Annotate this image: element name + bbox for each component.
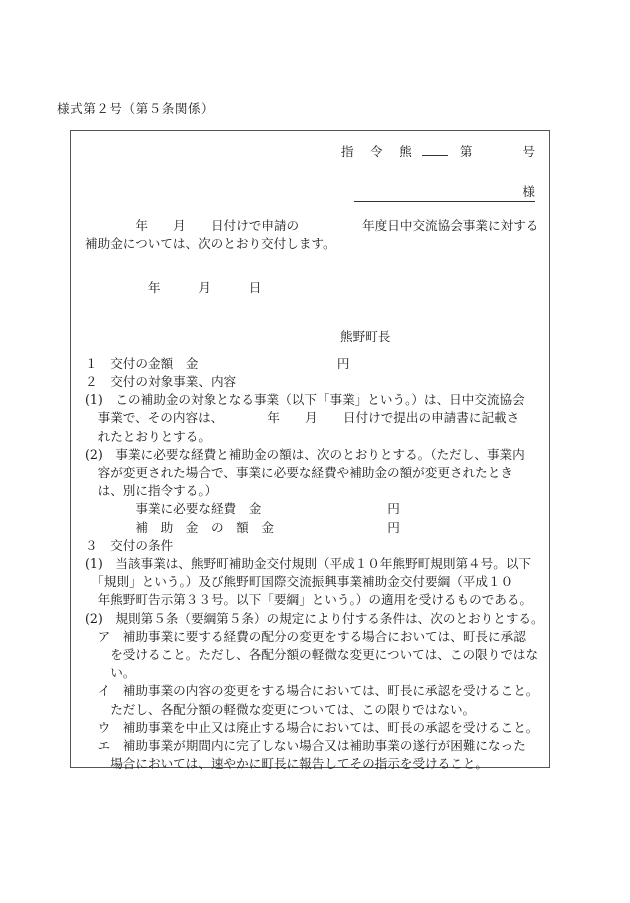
directive-number-line: 指 令 熊 第 号 (85, 143, 535, 161)
directive-prefix-text: 指 令 熊 (341, 143, 414, 161)
intro-line: 補助金については、次のとおり交付します。 (85, 235, 535, 253)
body-line: (2) 規則第５条（要綱第５条）の規定により付する条件は、次のとおりとする。 (85, 610, 535, 628)
body-line: (2) 事業に必要な経費と補助金の額は、次のとおりとする。（ただし、事業内 (85, 446, 535, 464)
intro-paragraph: 年 月 日付けで申請の 年度日中交流協会事業に対する 補助金については、次のとお… (85, 217, 535, 253)
conditions-section-heading: ３ 交付の条件 (85, 537, 535, 555)
body-line: 年熊野町告示第３３号。以下「要綱」という。）の適用を受けるものである。 (85, 591, 535, 609)
addressee-suffix: 様 (522, 185, 535, 199)
body-line: ウ 補助事業を中止又は廃止する場合においては、町長の承認を受けること。 (85, 719, 535, 737)
body-line: 容が変更された場合で、事業に必要な経費や補助金の額が変更されたとき (85, 464, 535, 482)
directive-number-blank (422, 144, 448, 156)
intro-line: 年 月 日付けで申請の 年度日中交流協会事業に対する (85, 217, 535, 235)
body-line: ただし、各配分額の軽微な変更については、この限りではない。 (85, 701, 535, 719)
body-line: イ 補助事業の内容の変更をする場合においては、町長に承認を受けること。 (85, 682, 535, 700)
directive-go-text: 号 (522, 143, 535, 161)
form-style-label: 様式第２号（第５条関係） (57, 101, 214, 117)
expense-amount-line: 事業に必要な経費 金 円 (85, 500, 535, 518)
body-line: 場合においては、速やかに町長に報告してその指示を受けること。 (85, 755, 535, 773)
body-line: 事業で、その内容は、 年 月 日付けで提出の申請書に記載さ (85, 409, 535, 427)
issue-date-line: 年 月 日 (85, 279, 535, 297)
grant-amount-line: １ 交付の金額 金 円 (85, 355, 535, 373)
body-line: い。 (85, 664, 535, 682)
body-line: 「規則」という。）及び熊野町国際交流振興事業補助金交付要綱（平成１０ (85, 573, 535, 591)
body-line: れたとおりとする。 (85, 428, 535, 446)
body-line: ア 補助事業に要する経費の配分の変更をする場合においては、町長に承認 (85, 628, 535, 646)
subsidy-amount-line: 補 助 金 の 額 金 円 (85, 519, 535, 537)
body-line: を受けること。ただし、各配分額の軽微な変更については、この限りではな (85, 646, 535, 664)
body-line: は、別に指令する。） (85, 482, 535, 500)
document-frame: 指 令 熊 第 号 様 年 月 日付けで申請の 年度日中交流協会事業に対する 補… (70, 130, 550, 768)
body-line: エ 補助事業が期間内に完了しない場合又は補助事業の遂行が困難になった (85, 737, 535, 755)
body-line: (1) この補助金の対象となる事業（以下「事業」という。）は、日中交流協会 (85, 391, 535, 409)
target-section-heading: ２ 交付の対象事業、内容 (85, 373, 535, 391)
issuer-title: 熊野町長 (340, 328, 535, 346)
body-line: (1) 当該事業は、熊野町補助金交付規則（平成１０年熊野町規則第４号。以下 (85, 555, 535, 573)
addressee-line: 様 (354, 185, 535, 202)
document-body: １ 交付の金額 金 円 ２ 交付の対象事業、内容 (1) この補助金の対象となる… (85, 355, 535, 774)
directive-dai-text: 第 (460, 143, 473, 161)
document-page: 様式第２号（第５条関係） 指 令 熊 第 号 様 年 月 日付けで申請の 年度日… (0, 0, 630, 903)
